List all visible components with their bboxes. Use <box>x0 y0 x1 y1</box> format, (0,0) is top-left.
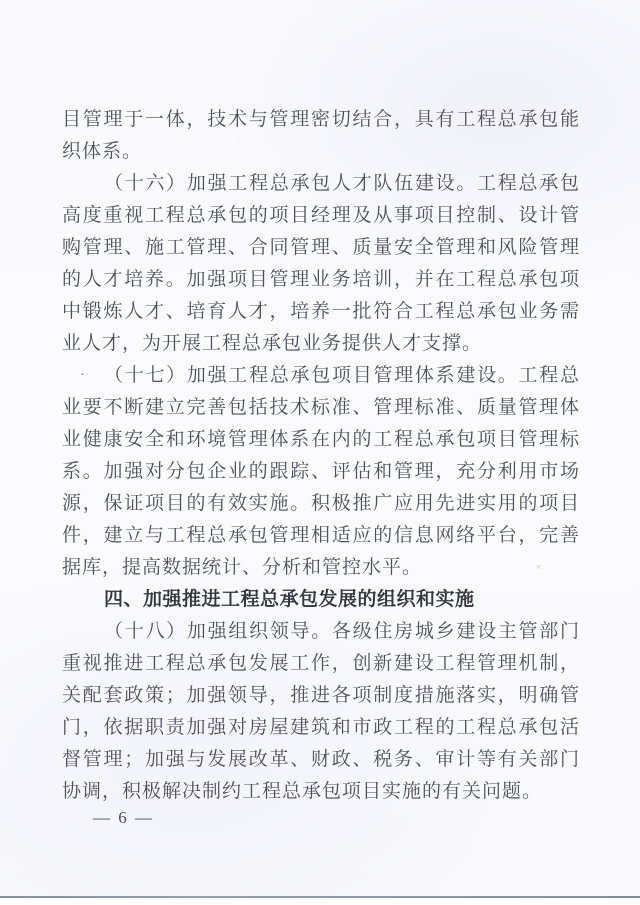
text-line: 织体系。 <box>62 136 580 168</box>
item-18-line: （十八）加强组织领导。各级住房城乡建设主管部门要高度 <box>62 616 580 648</box>
scanned-document-page: { "document": { "lines": [ {"text": "目管理… <box>0 0 640 905</box>
document-body: 目管理于一体，技术与管理密切结合，具有工程总承包能力的组 织体系。 （十六）加强… <box>62 104 580 808</box>
page-number: — 6 — <box>93 806 154 830</box>
text-line: 督管理；加强与发展改革、财政、税务、审计等有关部门的沟通 <box>62 744 580 776</box>
text-line: 中锻炼人才、培育人才，培养一批符合工程总承包业务需求的专 <box>62 296 580 328</box>
margin-dot-mark: · <box>80 360 86 392</box>
stray-scan-mark: × <box>536 562 541 572</box>
text-line: 的人才培养。加强项目管理业务培训，并在工程总承包项目实践 <box>62 264 580 296</box>
item-17-text: （十七）加强工程总承包项目管理体系建设。工程总承包企 <box>62 365 580 392</box>
text-line: 门，依据职责加强对房屋建筑和市政工程的工程总承包活动的监 <box>62 712 580 744</box>
text-line: 重视推进工程总承包发展工作，创新建设工程管理机制，完善相 <box>62 648 580 680</box>
text-line: 购管理、施工管理、合同管理、质量安全管理和风险管理等方面 <box>62 232 580 264</box>
text-line: 系。加强对分包企业的跟踪、评估和管理，充分利用市场优质资 <box>62 456 580 488</box>
text-line: 关配套政策；加强领导，推进各项制度措施落实，明确管理部 <box>62 680 580 712</box>
text-line: 目管理于一体，技术与管理密切结合，具有工程总承包能力的组 <box>62 104 580 136</box>
text-line: 业要不断建立完善包括技术标准、管理标准、质量管理体系、职 <box>62 392 580 424</box>
item-17-line: ·（十七）加强工程总承包项目管理体系建设。工程总承包企 <box>62 360 580 392</box>
text-line: 据库，提高数据统计、分析和管控水平。 <box>62 552 580 584</box>
text-line: 协调，积极解决制约工程总承包项目实施的有关问题。 <box>62 776 580 808</box>
text-line: 件，建立与工程总承包管理相适应的信息网络平台，完善相关数 <box>62 520 580 552</box>
scan-edge-paper <box>0 898 640 905</box>
text-line: 业人才，为开展工程总承包业务提供人才支撑。 <box>62 328 580 360</box>
text-line: 高度重视工程总承包的项目经理及从事项目控制、设计管理、采 <box>62 200 580 232</box>
section-heading: 四、加强推进工程总承包发展的组织和实施 <box>62 584 580 616</box>
text-line: 源，保证项目的有效实施。积极推广应用先进实用的项目管理软 <box>62 488 580 520</box>
item-16-line: （十六）加强工程总承包人才队伍建设。工程总承包企业要 <box>62 168 580 200</box>
text-line: 业健康安全和环境管理体系在内的工程总承包项目管理标准体 <box>62 424 580 456</box>
